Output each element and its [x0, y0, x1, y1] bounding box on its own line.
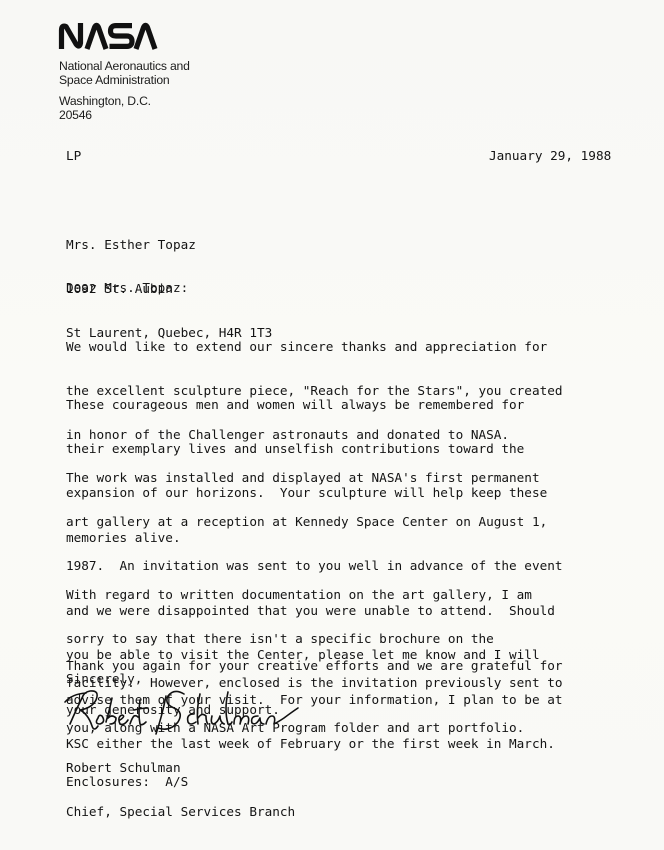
recipient-name: Mrs. Esther Topaz	[66, 238, 272, 253]
spacer	[59, 87, 190, 94]
text-line: With regard to written documentation on …	[66, 588, 563, 603]
nasa-logo	[58, 22, 162, 50]
reference-initials: LP	[66, 149, 81, 164]
salutation: Dear Mrs. Topaz:	[66, 281, 188, 296]
text-line: The work was installed and displayed at …	[66, 471, 563, 486]
text-line: These courageous men and women will alwa…	[66, 398, 547, 413]
closing: Sincerely,	[66, 672, 142, 687]
signature-block: Robert Schulman Chief, Special Services …	[66, 731, 295, 849]
org-city: Washington, D.C.	[59, 94, 190, 108]
enclosures-note: Enclosures: A/S	[66, 775, 188, 790]
org-zip: 20546	[59, 108, 190, 122]
letterhead-address: National Aeronautics and Space Administr…	[59, 59, 190, 122]
letter-date: January 29, 1988	[489, 149, 611, 164]
org-name-line-2: Space Administration	[59, 73, 190, 87]
signer-title: Chief, Special Services Branch	[66, 805, 295, 820]
text-line: art gallery at a reception at Kennedy Sp…	[66, 515, 563, 530]
letter-page: National Aeronautics and Space Administr…	[0, 0, 664, 850]
text-line: We would like to extend our sincere than…	[66, 340, 563, 355]
org-name-line-1: National Aeronautics and	[59, 59, 190, 73]
